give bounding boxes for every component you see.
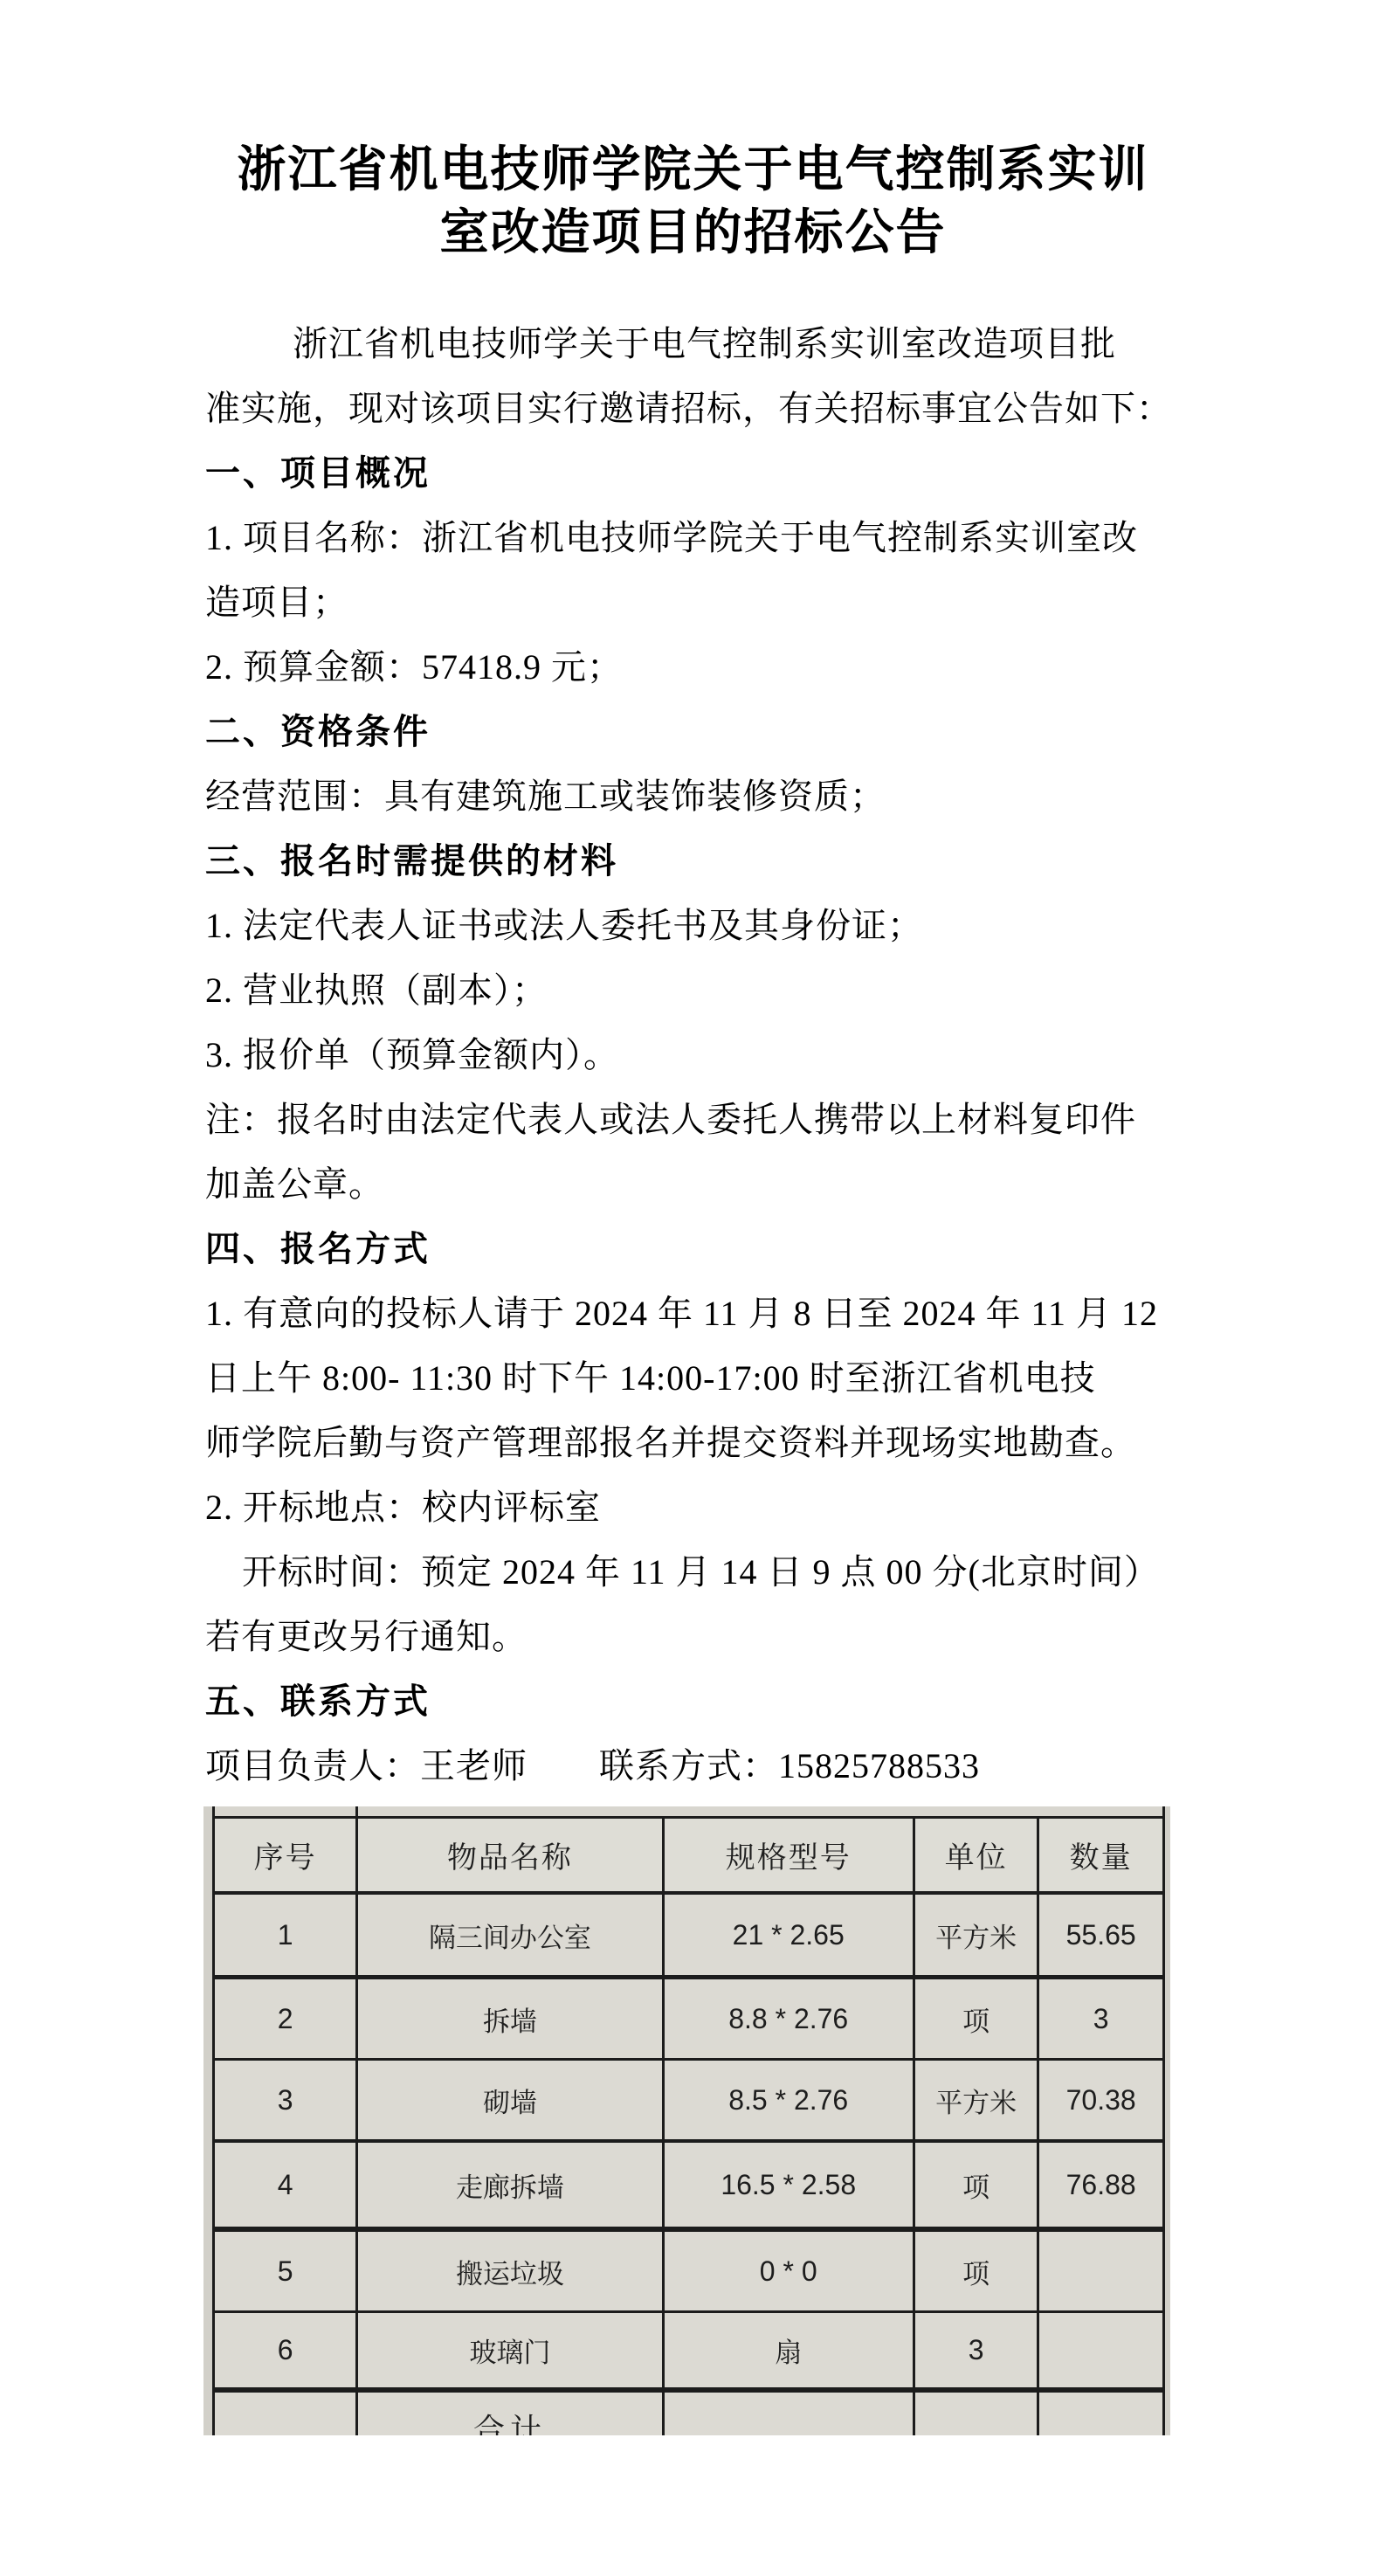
table-row: 4走廊拆墙16.5 * 2.58项76.88: [214, 2141, 1164, 2229]
paragraph-line: 开标时间：预定 2024 年 11 月 14 日 9 点 00 分(北京时间）: [205, 1537, 1182, 1601]
item-cell: 2: [214, 1978, 357, 2060]
total-empty-cell: [214, 2390, 357, 2435]
item-cell: 0 * 0: [663, 2229, 914, 2312]
paragraph-line: 项目负责人：王老师 联系方式：15825788533: [205, 1730, 1182, 1795]
table-row: 1隔三间办公室21 * 2.65平方米55.65: [214, 1893, 1164, 1978]
paragraph-line: 3. 报价单（预算金额内）。: [205, 1019, 1182, 1084]
table-row: 2拆墙8.8 * 2.76项3: [214, 1978, 1164, 2060]
item-cell: 搬运垃圾: [357, 2229, 663, 2312]
paragraph-line: 师学院后勤与资产管理部报名并提交资料并现场实地勘查。: [205, 1407, 1182, 1472]
paragraph-line: 1. 项目名称：浙江省机电技师学院关于电气控制系实训室改: [205, 502, 1182, 567]
item-cell: 砌墙: [357, 2060, 663, 2142]
item-cell: 玻璃门: [357, 2312, 663, 2391]
section-heading: 五、联系方式: [205, 1666, 1182, 1730]
paragraph-line: 日上午 8:00- 11:30 时下午 14:00-17:00 时至浙江省机电技: [205, 1343, 1182, 1407]
paragraph-line: 注：报名时由法定代表人或法人委托人携带以上材料复印件: [205, 1084, 1182, 1149]
table-row: 3砌墙8.5 * 2.76平方米70.38: [214, 2060, 1164, 2142]
item-cell: 8.5 * 2.76: [663, 2060, 914, 2142]
item-cell: [1038, 2229, 1164, 2312]
item-cell: 1: [214, 1893, 357, 1978]
document-body: 浙江省机电技师学关于电气控制系实训室改造项目批准实施，现对该项目实行邀请招标，有…: [205, 308, 1182, 1795]
paragraph-line: 2. 开标地点：校内评标室: [205, 1472, 1182, 1537]
total-label-cell: 合计: [357, 2390, 663, 2435]
paragraph-line: 1. 有意向的投标人请于 2024 年 11 月 8 日至 2024 年 11 …: [205, 1278, 1182, 1343]
items-table-photo: 序号物品名称规格型号单位数量1隔三间办公室21 * 2.65平方米55.652拆…: [203, 1806, 1170, 2435]
table-header-row: 序号物品名称规格型号单位数量: [214, 1818, 1164, 1894]
item-cell: 21 * 2.65: [663, 1893, 914, 1978]
item-cell: 平方米: [914, 2060, 1038, 2142]
cropped-cell: [914, 1806, 1038, 1818]
cropped-cell: [1038, 1806, 1164, 1818]
column-header: 数量: [1038, 1818, 1164, 1894]
document-title: 浙江省机电技师学院关于电气控制系实训 室改造项目的招标公告: [105, 139, 1281, 265]
document-title-line1: 浙江省机电技师学院关于电气控制系实训: [105, 139, 1281, 202]
paragraph-line: 1. 法定代表人证书或法人委托书及其身份证；: [205, 890, 1182, 955]
item-cell: 3: [914, 2312, 1038, 2391]
cropped-top-row: [214, 1806, 1164, 1818]
cropped-cell: [663, 1806, 914, 1818]
item-cell: 扇: [663, 2312, 914, 2391]
paragraph-line: 浙江省机电技师学关于电气控制系实训室改造项目批: [205, 308, 1182, 373]
item-cell: 6: [214, 2312, 357, 2391]
document-title-line2: 室改造项目的招标公告: [105, 202, 1281, 265]
column-header: 规格型号: [663, 1818, 914, 1894]
item-cell: 5: [214, 2229, 357, 2312]
total-empty-cell: [1038, 2390, 1164, 2435]
column-header: 序号: [214, 1818, 357, 1894]
item-cell: 76.88: [1038, 2141, 1164, 2229]
paragraph-line: 若有更改另行通知。: [205, 1601, 1182, 1666]
item-cell: 项: [914, 2141, 1038, 2229]
cropped-cell: [214, 1806, 357, 1818]
section-heading: 三、报名时需提供的材料: [205, 825, 1182, 890]
section-heading: 一、项目概况: [205, 438, 1182, 502]
section-heading: 二、资格条件: [205, 696, 1182, 761]
paragraph-line: 造项目；: [205, 567, 1182, 632]
item-cell: 项: [914, 2229, 1038, 2312]
item-cell: 平方米: [914, 1893, 1038, 1978]
item-cell: [1038, 2312, 1164, 2391]
table-total-row: 合计: [214, 2390, 1164, 2435]
item-cell: 70.38: [1038, 2060, 1164, 2142]
paragraph-line: 加盖公章。: [205, 1149, 1182, 1213]
item-cell: 隔三间办公室: [357, 1893, 663, 1978]
item-cell: 3: [1038, 1978, 1164, 2060]
paragraph-line: 经营范围：具有建筑施工或装饰装修资质；: [205, 761, 1182, 825]
item-cell: 55.65: [1038, 1893, 1164, 1978]
table-row: 6玻璃门扇3: [214, 2312, 1164, 2391]
item-cell: 4: [214, 2141, 357, 2229]
total-empty-cell: [914, 2390, 1038, 2435]
total-empty-cell: [663, 2390, 914, 2435]
item-cell: 项: [914, 1978, 1038, 2060]
paragraph-line: 2. 营业执照（副本）；: [205, 955, 1182, 1019]
item-cell: 拆墙: [357, 1978, 663, 2060]
paragraph-line: 准实施，现对该项目实行邀请招标，有关招标事宜公告如下：: [205, 373, 1182, 438]
item-cell: 8.8 * 2.76: [663, 1978, 914, 2060]
item-cell: 走廊拆墙: [357, 2141, 663, 2229]
cropped-cell: [357, 1806, 663, 1818]
section-heading: 四、报名方式: [205, 1213, 1182, 1278]
items-table: 序号物品名称规格型号单位数量1隔三间办公室21 * 2.65平方米55.652拆…: [212, 1806, 1165, 2435]
column-header: 物品名称: [357, 1818, 663, 1894]
item-cell: 16.5 * 2.58: [663, 2141, 914, 2229]
table-row: 5搬运垃圾0 * 0项: [214, 2229, 1164, 2312]
paragraph-line: 2. 预算金额：57418.9 元；: [205, 632, 1182, 696]
item-cell: 3: [214, 2060, 357, 2142]
document-page: 浙江省机电技师学院关于电气控制系实训 室改造项目的招标公告 浙江省机电技师学关于…: [0, 0, 1386, 2576]
column-header: 单位: [914, 1818, 1038, 1894]
